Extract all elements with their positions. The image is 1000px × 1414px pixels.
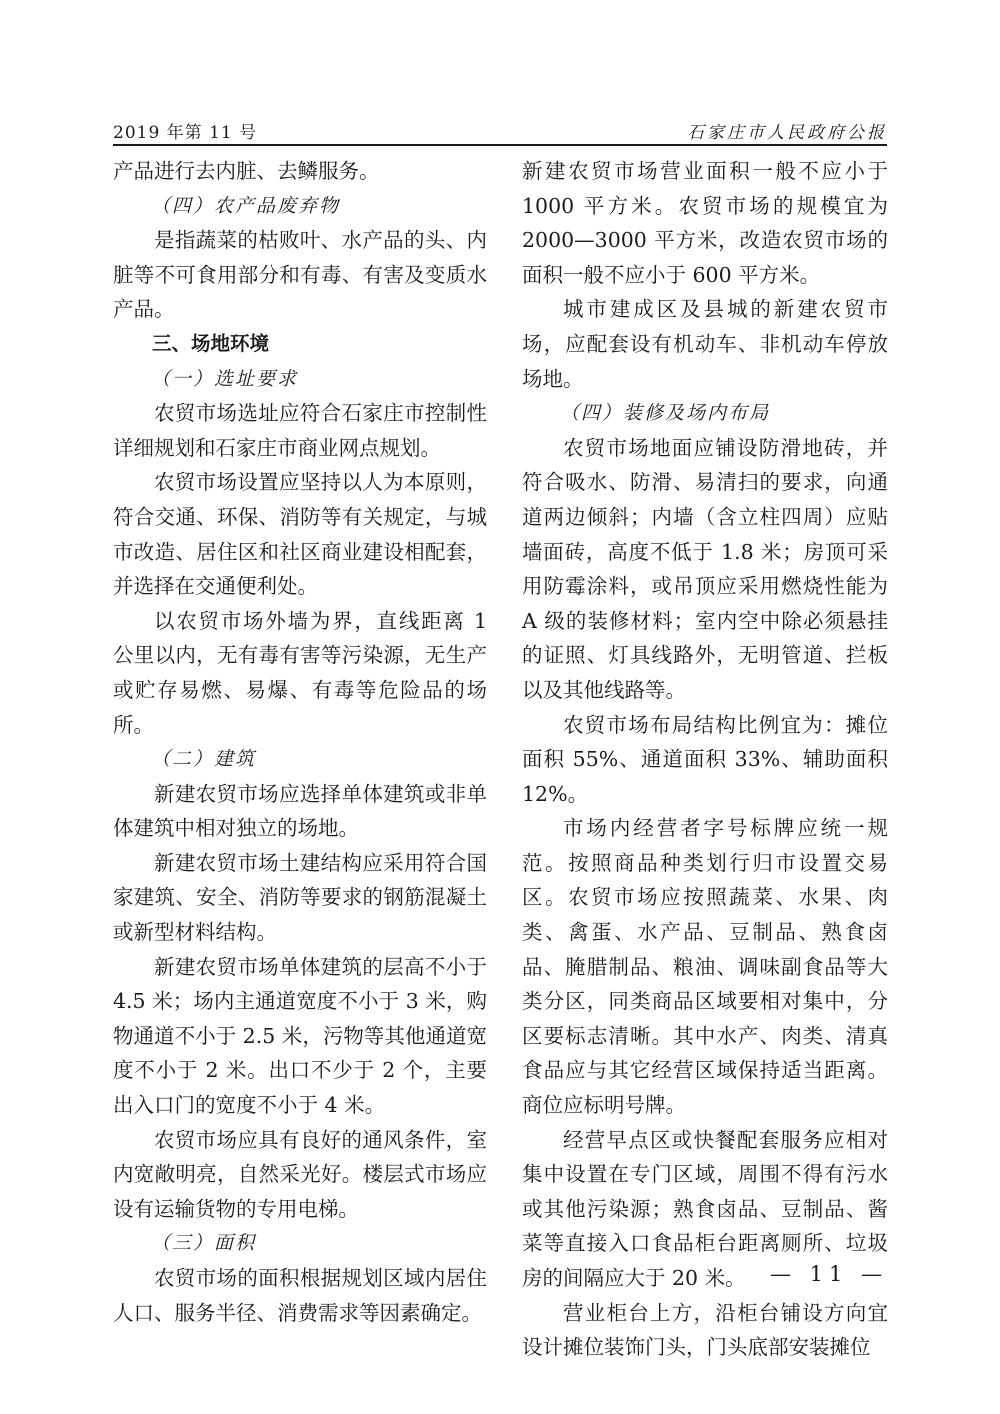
- paragraph: 农贸市场地面应铺设防滑地砖，并符合吸水、防滑、易清扫的要求，向通道两边倾斜；内墙…: [522, 431, 888, 708]
- subsection-heading: （二）建筑: [113, 742, 487, 777]
- page-number: — 11 —: [770, 1262, 888, 1286]
- subsection-heading: （一）选址要求: [113, 362, 487, 397]
- subsection-heading: （三）面积: [113, 1226, 487, 1261]
- paragraph: 营业柜台上方，沿柜台铺设方向宜设计摊位装饰门头，门头底部安装摊位: [522, 1296, 888, 1365]
- subsection-heading: （四）装修及场内布局: [522, 396, 888, 431]
- subsection-heading: （四）农产品废弃物: [113, 189, 487, 224]
- paragraph: 以农贸市场外墙为界，直线距离 1 公里以内，无有毒有害等污染源，无生产或贮存易燃…: [113, 604, 487, 742]
- paragraph: 农贸市场设置应坚持以人为本原则，符合交通、环保、消防等有关规定，与城市改造、居住…: [113, 465, 487, 603]
- paragraph: 城市建成区及县城的新建农贸市场，应配套设有机动车、非机动车停放场地。: [522, 292, 888, 396]
- paragraph: 产品进行去内脏、去鳞服务。: [113, 154, 487, 189]
- paragraph: 农贸市场布局结构比例宜为：摊位面积 55%、通道面积 33%、辅助面积 12%。: [522, 708, 888, 812]
- page-header: 2019 年第 11 号 石家庄市人民政府公报: [113, 112, 887, 144]
- paragraph: 农贸市场的面积根据规划区域内居住人口、服务半径、消费需求等因素确定。: [113, 1261, 487, 1330]
- paragraph: 市场内经营者字号标牌应统一规范。按照商品种类划行归市设置交易区。农贸市场应按照蔬…: [522, 811, 888, 1122]
- paragraph: 农贸市场应具有良好的通风条件，室内宽敞明亮，自然采光好。楼层式市场应设有运输货物…: [113, 1123, 487, 1227]
- paragraph: 农贸市场选址应符合石家庄市控制性详细规划和石家庄市商业网点规划。: [113, 396, 487, 465]
- paragraph: 新建农贸市场应选择单体建筑或非单体建筑中相对独立的场地。: [113, 777, 487, 846]
- section-heading: 三、场地环境: [113, 327, 487, 362]
- paragraph: 是指蔬菜的枯败叶、水产品的头、内脏等不可食用部分和有毒、有害及变质水产品。: [113, 223, 487, 327]
- header-divider: [113, 144, 887, 146]
- paragraph: 新建农贸市场营业面积一般不应小于 1000 平方米。农贸市场的规模宜为 2000…: [522, 154, 888, 292]
- paragraph: 新建农贸市场单体建筑的层高不小于 4.5 米；场内主通道宽度不小于 3 米，购物…: [113, 950, 487, 1123]
- left-column: 产品进行去内脏、去鳞服务。 （四）农产品废弃物 是指蔬菜的枯败叶、水产品的头、内…: [113, 154, 487, 1330]
- right-column: 新建农贸市场营业面积一般不应小于 1000 平方米。农贸市场的规模宜为 2000…: [522, 154, 888, 1365]
- paragraph: 新建农贸市场土建结构应采用符合国家建筑、安全、消防等要求的钢筋混凝土或新型材料结…: [113, 846, 487, 950]
- publication-title: 石家庄市人民政府公报: [687, 118, 887, 143]
- issue-label: 2019 年第 11 号: [113, 118, 257, 143]
